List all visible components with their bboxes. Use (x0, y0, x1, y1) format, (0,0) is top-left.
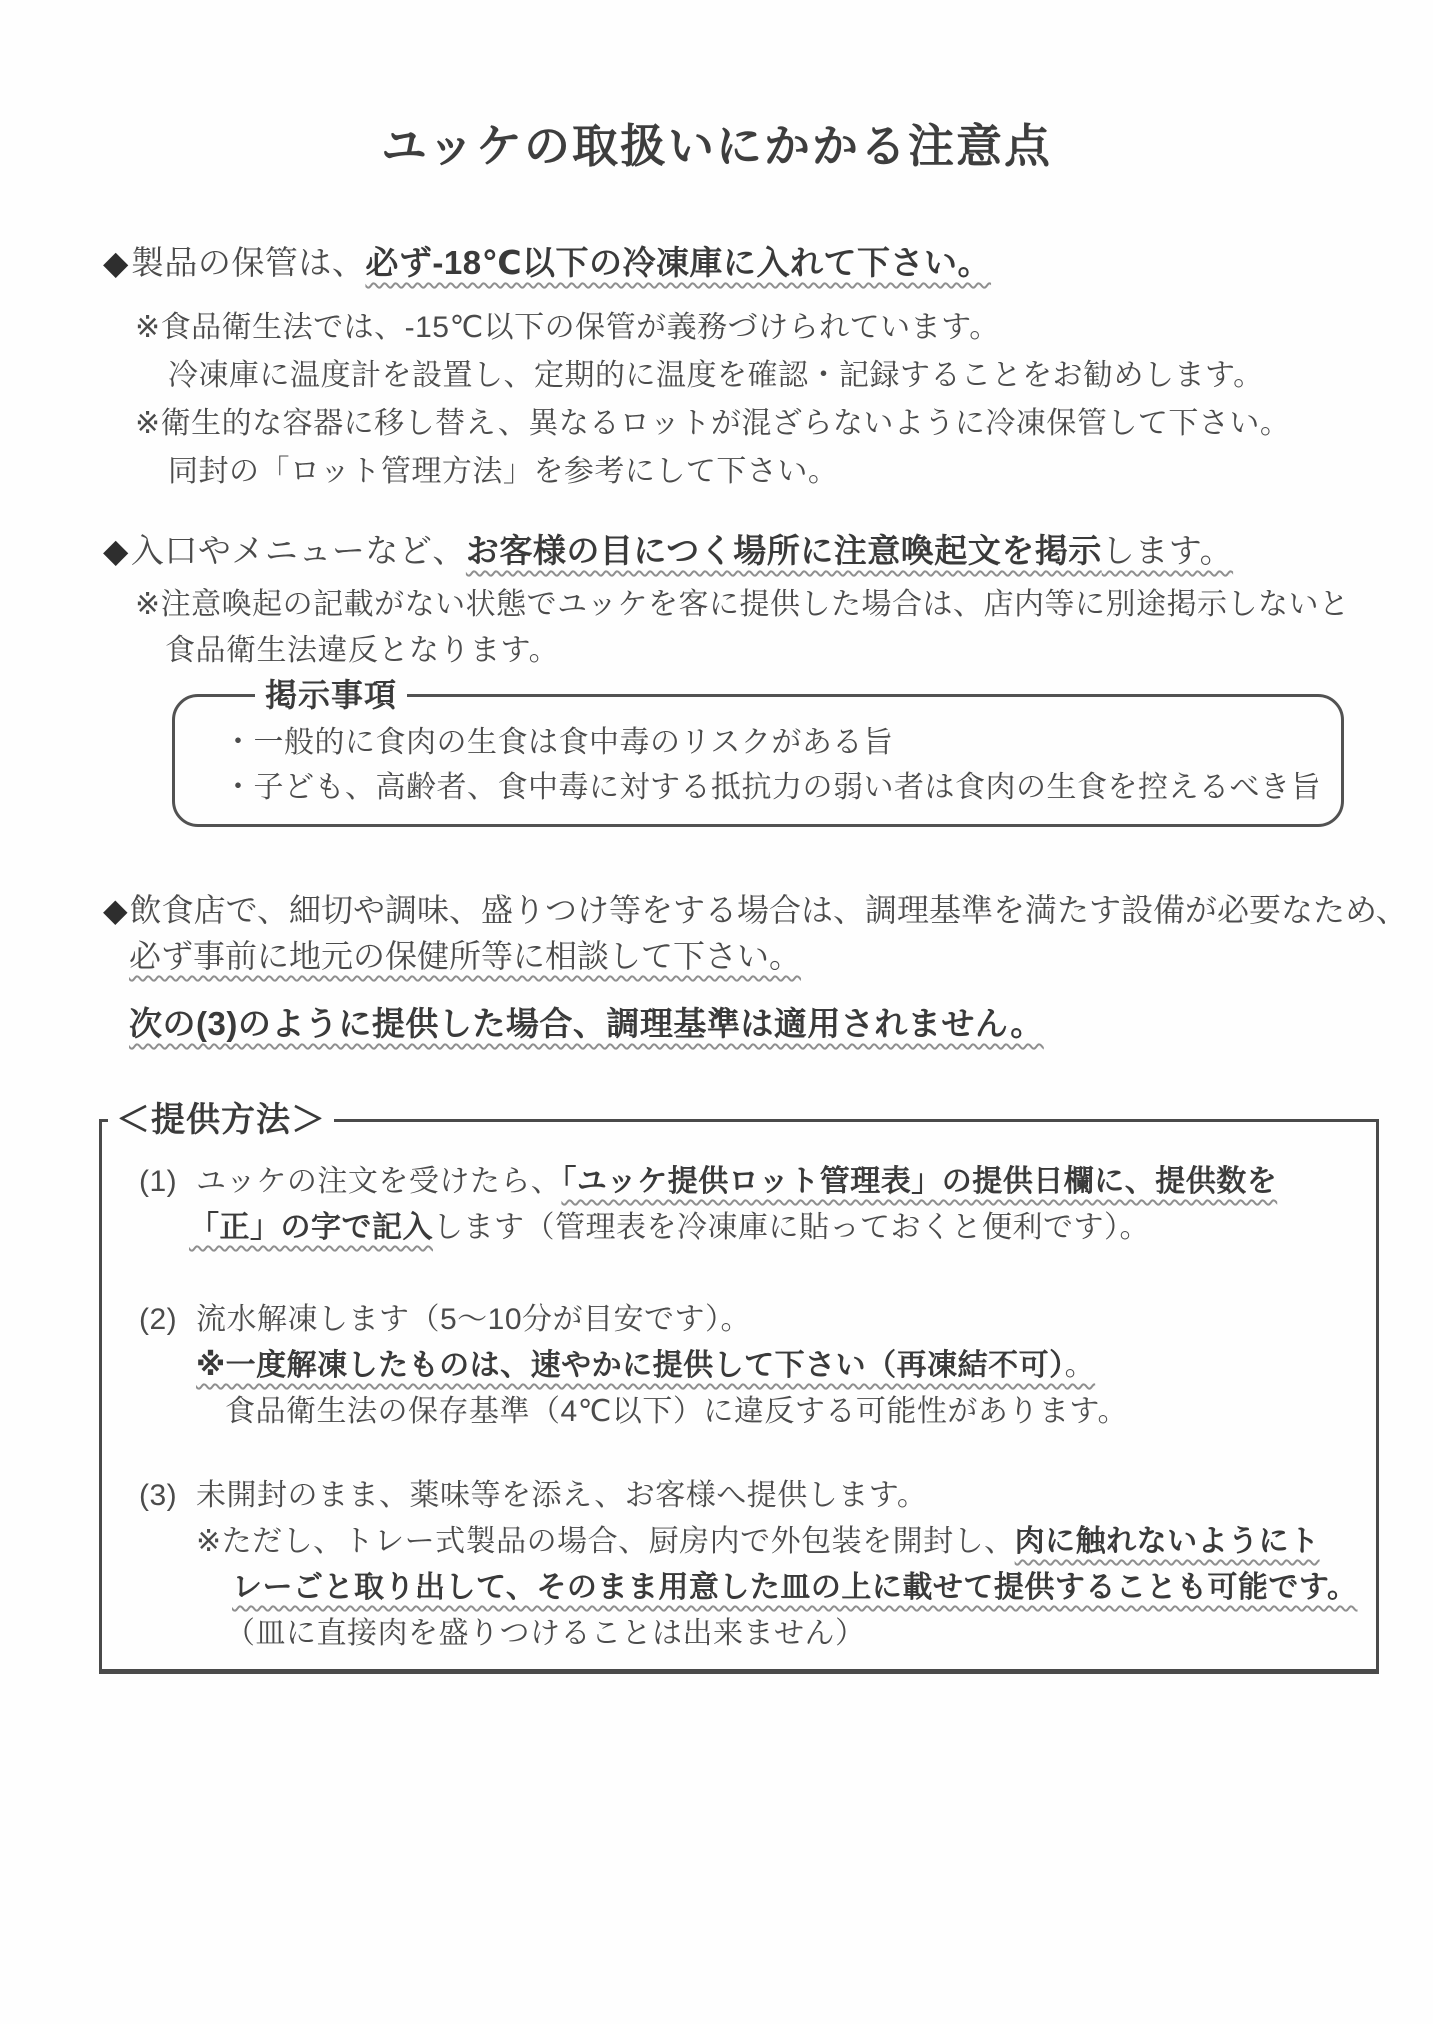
method-1-line-2: 「正」の字で記入します（管理表を冷凍庫に貼っておくと便利です）。 (102, 1205, 1358, 1251)
emphasis-text: 次の(3)のように提供した場合、調理基準は適用されません。 (129, 1005, 1044, 1042)
method-item-1: (1)ユッケの注文を受けたら、「ユッケ提供ロット管理表」の提供日欄に、提供数を … (102, 1159, 1358, 1251)
method-1-bold-2: 「正」の字で記入 (189, 1211, 433, 1244)
posting-items-box: 掲示事項 ・一般的に食肉の生食は食中毒のリスクがある旨 ・子ども、高齢者、食中毒… (172, 674, 1344, 827)
method-3-line-4: （皿に直接肉を盛りつけることは出来ません） (102, 1611, 1358, 1657)
page-title: ユッケの取扱いにかかる注意点 (0, 0, 1433, 176)
storage-note-line: ※食品衛生法では、-15℃以下の保管が義務づけられています。 (135, 304, 1433, 352)
method-2-text: 流水解凍します（5～10分が目安です）。 (196, 1303, 751, 1336)
method-item-2: (2)流水解凍します（5～10分が目安です）。 ※一度解凍したものは、速やかに提… (102, 1297, 1358, 1435)
section-notice: ◆入口やメニューなど、お客様の目につく場所に注意喚起文を掲示します。 ※注意喚起… (0, 528, 1433, 827)
method-1-line-1: (1)ユッケの注文を受けたら、「ユッケ提供ロット管理表」の提供日欄に、提供数を (102, 1159, 1358, 1205)
notice-heading-tail: します。 (1102, 532, 1233, 569)
method-3-bold-1: 肉に触れないようにト (1015, 1525, 1320, 1558)
restaurant-line-1-text: 飲食店で、細切や調味、盛りつけ等をする場合は、調理基準を満たす設備が必要なため、 (130, 892, 1408, 928)
posting-item: ・一般的に食肉の生食は食中毒のリスクがある旨 (223, 720, 1321, 765)
storage-heading-normal: 製品の保管は、 (131, 244, 366, 281)
serving-methods-label: ＜提供方法＞ (108, 1097, 334, 1143)
method-item-3: (3)未開封のまま、薬味等を添え、お客様へ提供します。 ※ただし、トレー式製品の… (102, 1473, 1358, 1657)
method-2-underlined: ※一度解凍したものは、速やかに提供して下さい（再凍結不可）。 (196, 1349, 1095, 1382)
storage-note-line: ※衛生的な容器に移し替え、異なるロットが混ざらないように冷凍保管して下さい。 (135, 400, 1433, 448)
storage-note-line: 冷凍庫に温度計を設置し、定期的に温度を確認・記録することをお勧めします。 (168, 352, 1433, 400)
method-3-note-pre: ※ただし、トレー式製品の場合、厨房内で外包装を開封し、 (196, 1525, 1015, 1558)
method-1-tail: します（管理表を冷凍庫に貼っておくと便利です）。 (433, 1211, 1150, 1244)
section-restaurant: ◆飲食店で、細切や調味、盛りつけ等をする場合は、調理基準を満たす設備が必要なため… (0, 887, 1433, 1047)
method-2-note-tail: 。 (1065, 1349, 1096, 1382)
notice-heading: ◆入口やメニューなど、お客様の目につく場所に注意喚起文を掲示します。 (103, 528, 1433, 574)
notice-heading-bold: お客様の目につく場所に注意喚起文を掲示 (466, 532, 1102, 569)
method-3-number: (3) (139, 1473, 196, 1519)
notice-note-line: 食品衛生法違反となります。 (165, 628, 1433, 674)
method-2-bold: ※一度解凍したものは、速やかに提供して下さい（再凍結不可） (196, 1349, 1065, 1382)
restaurant-line-2-underlined: 必ず事前に地元の保健所等に相談して下さい。 (129, 938, 801, 974)
emphasis-line: 次の(3)のように提供した場合、調理基準は適用されません。 (129, 1001, 1433, 1047)
diamond-bullet-icon: ◆ (103, 532, 129, 569)
serving-methods-box: ＜提供方法＞ (1)ユッケの注文を受けたら、「ユッケ提供ロット管理表」の提供日欄… (99, 1097, 1379, 1674)
method-2-number: (2) (139, 1297, 196, 1343)
method-2-line-3: 食品衛生法の保存基準（4℃以下）に違反する可能性があります。 (102, 1389, 1358, 1435)
notice-notes: ※注意喚起の記載がない状態でユッケを客に提供した場合は、店内等に別途掲示しないと… (0, 582, 1433, 674)
notice-heading-underlined: お客様の目につく場所に注意喚起文を掲示します。 (466, 532, 1233, 569)
diamond-bullet-icon: ◆ (103, 892, 128, 928)
notice-note-line: ※注意喚起の記載がない状態でユッケを客に提供した場合は、店内等に別途掲示しないと (135, 582, 1433, 628)
method-3-text: 未開封のまま、薬味等を添え、お客様へ提供します。 (196, 1479, 927, 1512)
storage-note-line: 同封の「ロット管理方法」を参考にして下さい。 (168, 448, 1433, 496)
method-3-line-3: レーごと取り出して、そのまま用意した皿の上に載せて提供することも可能です。 (102, 1565, 1358, 1611)
method-1-pre: ユッケの注文を受けたら、 (196, 1165, 561, 1198)
posting-box-label: 掲示事項 (255, 674, 407, 716)
method-1-bold-1: 「ユッケ提供ロット管理表」の提供日欄に、提供数を (561, 1165, 1277, 1198)
method-3-line-2: ※ただし、トレー式製品の場合、厨房内で外包装を開封し、肉に触れないようにト (102, 1519, 1358, 1565)
restaurant-line-2: 必ず事前に地元の保健所等に相談して下さい。 (129, 933, 1433, 979)
restaurant-line-1: ◆飲食店で、細切や調味、盛りつけ等をする場合は、調理基準を満たす設備が必要なため… (103, 887, 1433, 933)
method-2-line-2: ※一度解凍したものは、速やかに提供して下さい（再凍結不可）。 (102, 1343, 1358, 1389)
storage-heading: ◆製品の保管は、必ず-18℃以下の冷凍庫に入れて下さい。 (103, 240, 1433, 286)
posting-item: ・子ども、高齢者、食中毒に対する抵抗力の弱い者は食肉の生食を控えるべき旨 (223, 765, 1321, 810)
storage-heading-bold: 必ず-18℃以下の冷凍庫に入れて下さい。 (365, 244, 991, 281)
section-storage: ◆製品の保管は、必ず-18℃以下の冷凍庫に入れて下さい。 ※食品衛生法では、-1… (0, 240, 1433, 496)
document-page: ユッケの取扱いにかかる注意点 ◆製品の保管は、必ず-18℃以下の冷凍庫に入れて下… (0, 0, 1433, 2024)
method-3-line-1: (3)未開封のまま、薬味等を添え、お客様へ提供します。 (102, 1473, 1358, 1519)
method-1-number: (1) (139, 1159, 196, 1205)
notice-heading-normal: 入口やメニューなど、 (131, 532, 466, 569)
method-2-line-1: (2)流水解凍します（5～10分が目安です）。 (102, 1297, 1358, 1343)
method-3-bold-2: レーごと取り出して、そのまま用意した皿の上に載せて提供することも可能です。 (232, 1571, 1358, 1604)
diamond-bullet-icon: ◆ (103, 244, 129, 281)
storage-notes: ※食品衛生法では、-15℃以下の保管が義務づけられています。 冷凍庫に温度計を設… (0, 304, 1433, 496)
